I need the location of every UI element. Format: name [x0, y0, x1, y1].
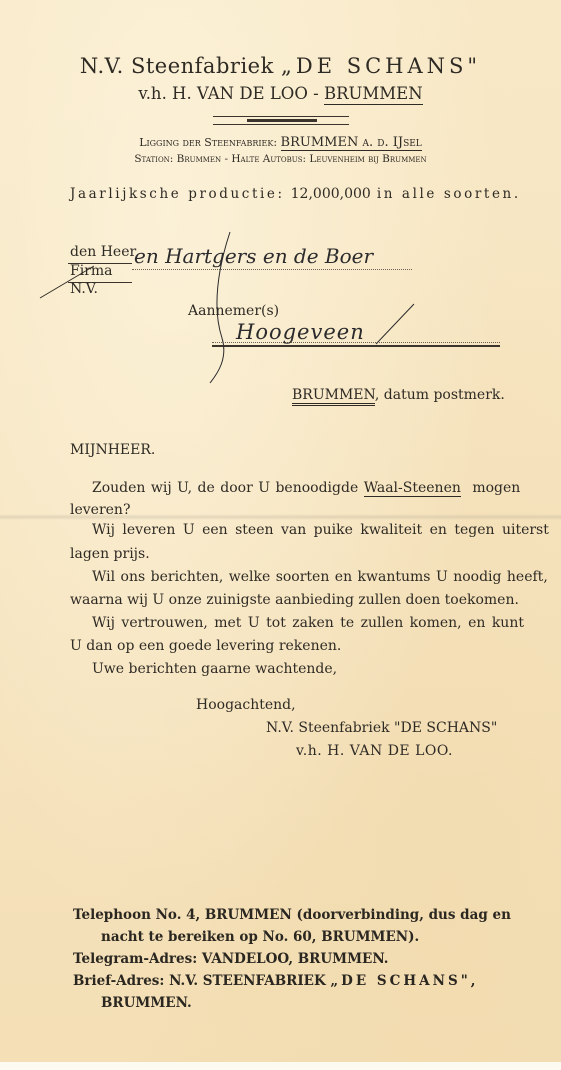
station-line: Station: Brummen - Halte Autobus: Leuven…: [0, 153, 561, 165]
scan-border: [0, 1062, 561, 1070]
production-suffix: in alle soorten.: [377, 186, 521, 202]
address-label-heer: den Heer: [70, 244, 136, 260]
brief-prefix: Brief-Adres: N.V. STEENFABRIEK: [73, 973, 326, 989]
date-suffix: , datum postmerk.: [375, 387, 505, 403]
paragraph-2-line-2: lagen prijs.: [70, 546, 150, 562]
signature-line-1: N.V. Steenfabriek "DE SCHANS": [266, 720, 497, 736]
handwritten-recipient: en Hartgers en de Boer: [134, 244, 373, 268]
company-title: N.V. Steenfabriek „DE SCHANS": [0, 54, 561, 78]
footer-telephone-line-2: nacht te bereiken op No. 60, BRUMMEN).: [101, 929, 419, 945]
paragraph-5-line-1: Uwe berichten gaarne wachtende,: [92, 661, 337, 677]
paragraph-2-line-1: Wij leveren U een steen van puike kwalit…: [92, 522, 549, 538]
recipient-dotted-line: [132, 269, 412, 270]
p1-text-b: mogen: [472, 480, 520, 496]
paragraph-4-line-2: U dan op een goede levering rekenen.: [70, 638, 341, 654]
closing: Hoogachtend,: [196, 697, 296, 713]
paragraph-1-line-2: leveren?: [70, 502, 130, 518]
location-label: Ligging der Steenfabriek:: [139, 136, 277, 149]
annual-production: Jaarlijksche productie:12,000,000in alle…: [70, 186, 521, 202]
paragraph-3-line-2: waarna wij U onze zuinigste aanbieding z…: [70, 592, 519, 608]
date-line: BRUMMEN, datum postmerk.: [292, 387, 505, 403]
place-rule: [212, 345, 500, 347]
company-prefix: N.V. Steenfabriek: [80, 54, 274, 78]
footer-brief-address: Brief-Adres: N.V. STEENFABRIEK „DE SCHAN…: [73, 973, 478, 989]
strike-through-mark: [38, 262, 98, 302]
factory-location: Ligging der Steenfabriek: BRUMMEN a. d. …: [0, 135, 561, 150]
header-rule-top: [213, 116, 349, 117]
formerly-prefix: v.h. H. VAN DE LOO -: [138, 84, 318, 103]
paragraph-4-line-1: Wij vertrouwen, met U tot zaken te zulle…: [92, 615, 524, 631]
letter-page: N.V. Steenfabriek „DE SCHANS" v.h. H. VA…: [0, 0, 561, 1062]
header-rule-thick: [247, 119, 317, 122]
location-suffix: a. d. IJsel: [362, 135, 421, 150]
paragraph-1-line-1: Zouden wij U, de door U benoodigde Waal-…: [92, 480, 520, 496]
company-town: BRUMMEN: [324, 84, 423, 105]
p1-text-a: Zouden wij U, de door U benoodigde: [92, 480, 358, 496]
brief-name: „DE SCHANS",: [330, 973, 478, 989]
signature-line-2: v.h. H. VAN DE LOO.: [296, 743, 453, 759]
product-name: Waal-Steenen: [364, 480, 461, 497]
footer-brief-town: BRUMMEN.: [101, 995, 192, 1011]
contractor-label: Aannemer(s): [188, 303, 279, 319]
salutation: MIJNHEER.: [70, 442, 155, 458]
location-town-block: BRUMMEN a. d. IJsel: [281, 135, 422, 151]
footer-telephone-line-1: Telephoon No. 4, BRUMMEN (doorverbinding…: [73, 907, 511, 923]
header-rule-bottom: [213, 124, 349, 125]
production-value: 12,000,000: [291, 186, 371, 202]
production-label: Jaarlijksche productie:: [70, 186, 285, 202]
handwritten-slash: [370, 300, 420, 350]
company-subtitle: v.h. H. VAN DE LOO - BRUMMEN: [0, 84, 561, 103]
location-town: BRUMMEN: [281, 135, 359, 150]
paragraph-3-line-1: Wil ons berichten, welke soorten en kwan…: [92, 569, 548, 585]
company-name: „DE SCHANS": [281, 54, 481, 78]
footer-telegram: Telegram-Adres: VANDELOO, BRUMMEN.: [73, 951, 389, 967]
date-town: BRUMMEN: [292, 387, 375, 406]
handwritten-place: Hoogeveen: [236, 320, 365, 344]
